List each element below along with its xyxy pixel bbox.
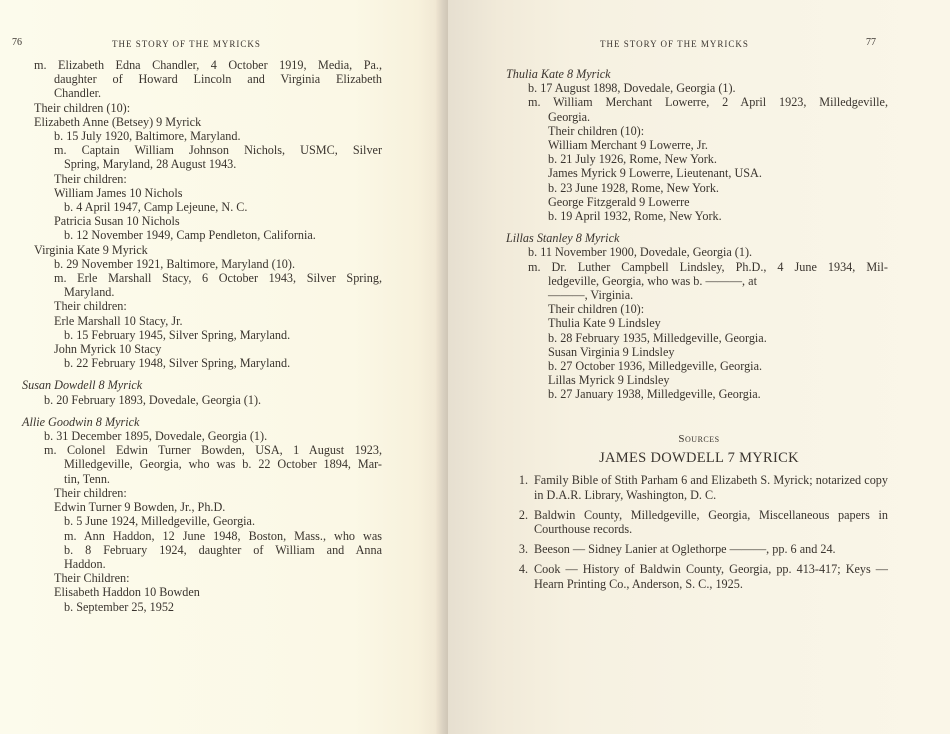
genealogy-line: b. 11 November 1900, Dovedale, Georgia (… <box>506 245 888 259</box>
genealogy-line: Maryland. <box>22 285 382 299</box>
genealogy-line: William James 10 Nichols <box>22 186 382 200</box>
genealogy-line: William Merchant 9 Lowerre, Jr. <box>506 138 888 152</box>
genealogy-line: Lillas Myrick 9 Lindsley <box>506 373 888 387</box>
genealogy-line: b. 19 April 1932, Rome, New York. <box>506 209 888 223</box>
genealogy-line: Patricia Susan 10 Nichols <box>22 214 382 228</box>
genealogy-line: b. September 25, 1952 <box>22 600 382 614</box>
entry-spacer <box>506 223 888 231</box>
genealogy-line: b. 23 June 1928, Rome, New York. <box>506 181 888 195</box>
genealogy-line: b. 29 November 1921, Baltimore, Maryland… <box>22 257 382 271</box>
source-text: Family Bible of Stith Parham 6 and Eliza… <box>534 473 888 501</box>
genealogy-entry-heading: Susan Dowdell 8 Myrick <box>22 378 382 392</box>
source-item: 1.Family Bible of Stith Parham 6 and Eli… <box>510 473 888 501</box>
source-number: 3. <box>510 542 534 556</box>
genealogy-line: b. 27 January 1938, Milledgeville, Georg… <box>506 387 888 401</box>
genealogy-line: m. Dr. Luther Campbell Lindsley, Ph.D., … <box>506 260 888 274</box>
genealogy-line: Their children (10): <box>506 124 888 138</box>
source-number: 1. <box>510 473 534 501</box>
source-item: 4.Cook — History of Baldwin County, Geor… <box>510 562 888 590</box>
genealogy-line: Haddon. <box>22 557 382 571</box>
right-page: THE STORY OF THE MYRICKS 77 Thulia Kate … <box>448 0 950 734</box>
genealogy-line: John Myrick 10 Stacy <box>22 342 382 356</box>
sources-subheading: JAMES DOWDELL 7 MYRICK <box>510 451 888 465</box>
genealogy-line: Their Children: <box>22 571 382 585</box>
entry-spacer <box>22 370 382 378</box>
genealogy-line: Erle Marshall 10 Stacy, Jr. <box>22 314 382 328</box>
genealogy-line: Milledgeville, Georgia, who was b. 22 Oc… <box>22 457 382 471</box>
genealogy-entry-heading: Lillas Stanley 8 Myrick <box>506 231 888 245</box>
genealogy-line: b. 17 August 1898, Dovedale, Georgia (1)… <box>506 81 888 95</box>
source-text: Baldwin County, Milledgeville, Georgia, … <box>534 508 888 536</box>
genealogy-line: b. 12 November 1949, Camp Pendleton, Cal… <box>22 228 382 242</box>
genealogy-line: Elisabeth Haddon 10 Bowden <box>22 585 382 599</box>
book-spread: 76 THE STORY OF THE MYRICKS m. Elizabeth… <box>0 0 950 734</box>
genealogy-line: ledgeville, Georgia, who was b. ———, at <box>506 274 888 288</box>
genealogy-line: tin, Tenn. <box>22 472 382 486</box>
genealogy-line: George Fitzgerald 9 Lowerre <box>506 195 888 209</box>
running-head-left: THE STORY OF THE MYRICKS <box>112 39 261 49</box>
genealogy-line: m. Elizabeth Edna Chandler, 4 October 19… <box>22 58 382 72</box>
genealogy-line: b. 15 February 1945, Silver Spring, Mary… <box>22 328 382 342</box>
source-number: 2. <box>510 508 534 536</box>
genealogy-line: b. 4 April 1947, Camp Lejeune, N. C. <box>22 200 382 214</box>
left-page: 76 THE STORY OF THE MYRICKS m. Elizabeth… <box>0 0 440 734</box>
genealogy-entry-heading: Thulia Kate 8 Myrick <box>506 67 888 81</box>
right-page-body: Thulia Kate 8 Myrickb. 17 August 1898, D… <box>506 67 888 402</box>
genealogy-line: Chandler. <box>22 86 382 100</box>
source-text: Beeson — Sidney Lanier at Oglethorpe ———… <box>534 542 888 556</box>
genealogy-line: James Myrick 9 Lowerre, Lieutenant, USA. <box>506 166 888 180</box>
genealogy-line: m. Ann Haddon, 12 June 1948, Boston, Mas… <box>22 529 382 543</box>
entry-spacer <box>22 407 382 415</box>
source-text: Cook — History of Baldwin County, Georgi… <box>534 562 888 590</box>
genealogy-line: b. 22 February 1948, Silver Spring, Mary… <box>22 356 382 370</box>
source-item: 3.Beeson — Sidney Lanier at Oglethorpe —… <box>510 542 888 556</box>
genealogy-line: b. 8 February 1924, daughter of William … <box>22 543 382 557</box>
genealogy-line: b. 20 February 1893, Dovedale, Georgia (… <box>22 393 382 407</box>
genealogy-line: m. William Merchant Lowerre, 2 April 192… <box>506 95 888 109</box>
genealogy-line: b. 15 July 1920, Baltimore, Maryland. <box>22 129 382 143</box>
genealogy-entry-heading: Allie Goodwin 8 Myrick <box>22 415 382 429</box>
genealogy-line: Edwin Turner 9 Bowden, Jr., Ph.D. <box>22 500 382 514</box>
genealogy-line: Susan Virginia 9 Lindsley <box>506 345 888 359</box>
genealogy-line: Their children (10): <box>22 101 382 115</box>
genealogy-line: b. 21 July 1926, Rome, New York. <box>506 152 888 166</box>
genealogy-line: b. 28 February 1935, Milledgeville, Geor… <box>506 331 888 345</box>
running-head-right: THE STORY OF THE MYRICKS <box>600 39 749 49</box>
genealogy-line: b. 27 October 1936, Milledgeville, Georg… <box>506 359 888 373</box>
genealogy-line: m. Erle Marshall Stacy, 6 October 1943, … <box>22 271 382 285</box>
genealogy-line: Their children: <box>22 172 382 186</box>
genealogy-line: Elizabeth Anne (Betsey) 9 Myrick <box>22 115 382 129</box>
sources-section: Sources JAMES DOWDELL 7 MYRICK 1.Family … <box>510 418 888 597</box>
sources-heading: Sources <box>510 432 888 446</box>
genealogy-line: Their children: <box>22 486 382 500</box>
genealogy-line: Spring, Maryland, 28 August 1943. <box>22 157 382 171</box>
genealogy-line: Their children: <box>22 299 382 313</box>
book-gutter <box>436 0 448 734</box>
genealogy-line: ———, Virginia. <box>506 288 888 302</box>
genealogy-line: Their children (10): <box>506 302 888 316</box>
page-number-left: 76 <box>12 37 22 48</box>
left-page-body: m. Elizabeth Edna Chandler, 4 October 19… <box>22 58 382 614</box>
genealogy-line: b. 5 June 1924, Milledgeville, Georgia. <box>22 514 382 528</box>
genealogy-line: daughter of Howard Lincoln and Virginia … <box>22 72 382 86</box>
genealogy-line: b. 31 December 1895, Dovedale, Georgia (… <box>22 429 382 443</box>
genealogy-line: Thulia Kate 9 Lindsley <box>506 316 888 330</box>
genealogy-line: m. Colonel Edwin Turner Bowden, USA, 1 A… <box>22 443 382 457</box>
genealogy-line: Virginia Kate 9 Myrick <box>22 243 382 257</box>
sources-list: 1.Family Bible of Stith Parham 6 and Eli… <box>510 473 888 590</box>
source-item: 2.Baldwin County, Milledgeville, Georgia… <box>510 508 888 536</box>
genealogy-line: Georgia. <box>506 110 888 124</box>
source-number: 4. <box>510 562 534 590</box>
page-number-right: 77 <box>866 37 876 48</box>
genealogy-line: m. Captain William Johnson Nichols, USMC… <box>22 143 382 157</box>
